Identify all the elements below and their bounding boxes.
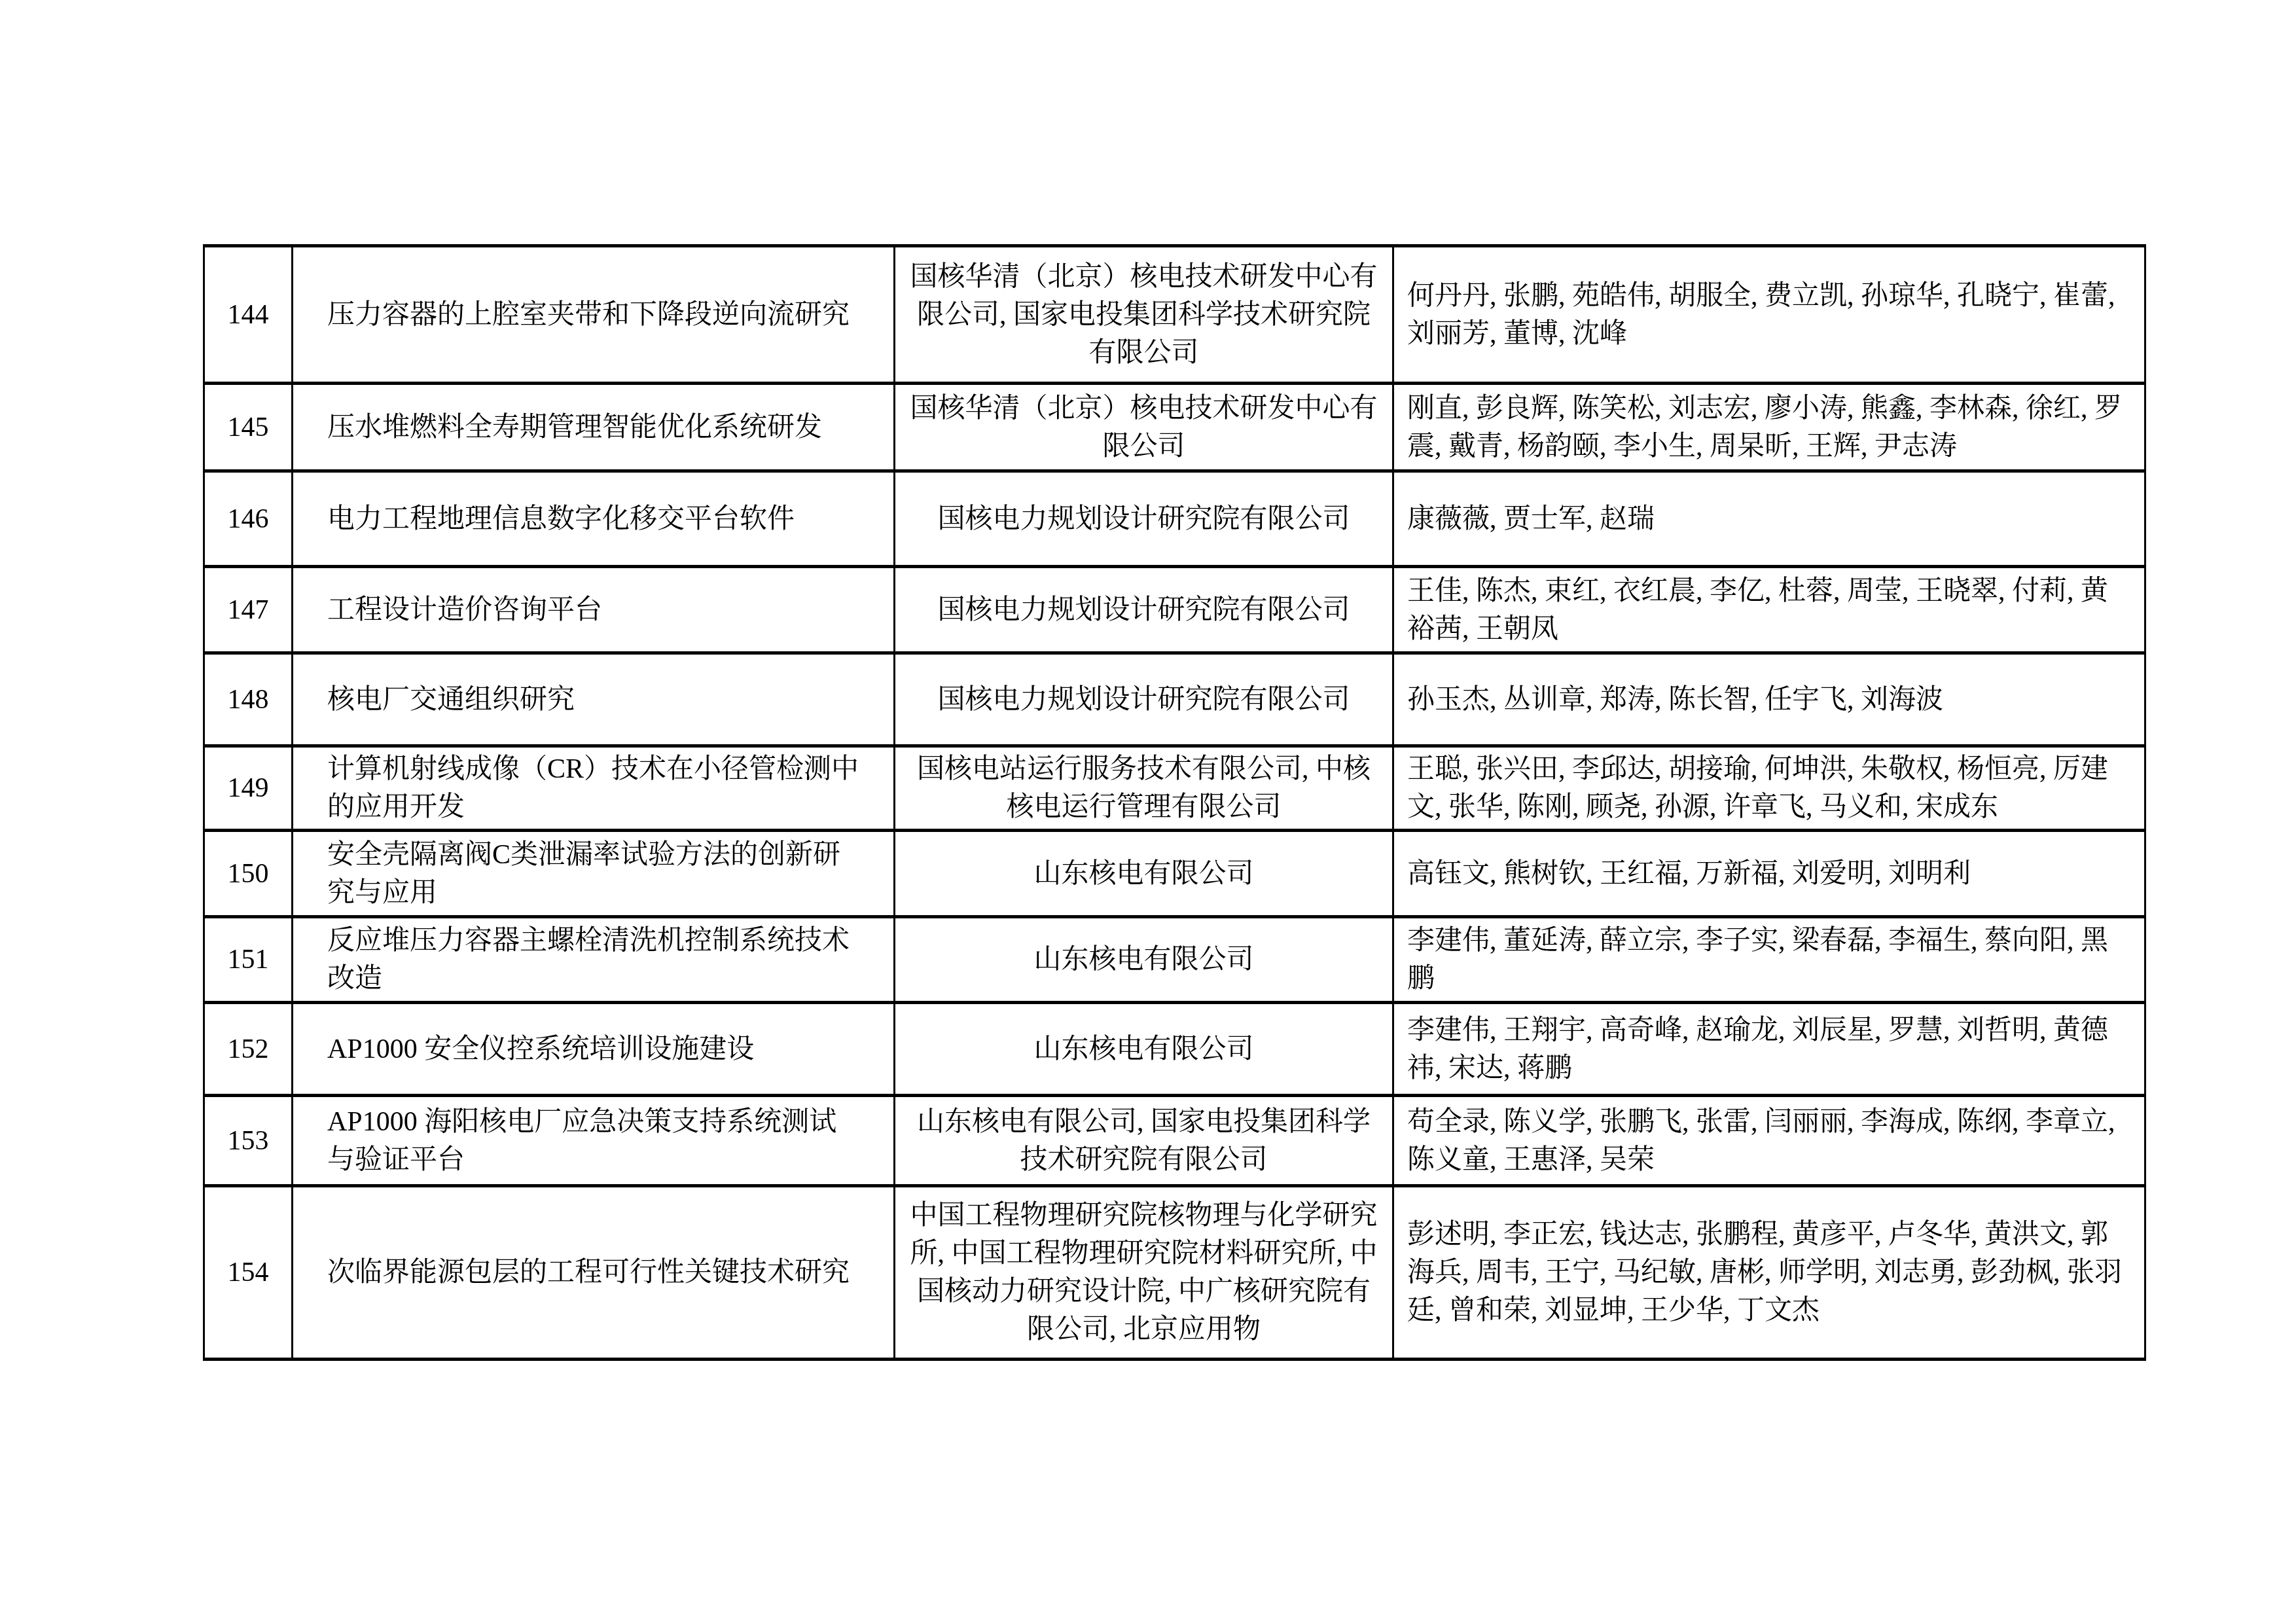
table-row: 150 安全壳隔离阀C类泄漏率试验方法的创新研究与应用 山东核电有限公司 高钰文…	[204, 831, 2145, 917]
cell-project-number: 149	[204, 746, 293, 831]
cell-project-number: 148	[204, 653, 293, 746]
cell-organization: 国核华清（北京）核电技术研发中心有限公司, 国家电投集团科学技术研究院有限公司	[895, 246, 1393, 384]
cell-project-number: 154	[204, 1186, 293, 1360]
document-page: 144 压力容器的上腔室夹带和下降段逆向流研究 国核华清（北京）核电技术研发中心…	[0, 0, 2296, 1624]
cell-authors: 王聪, 张兴田, 李邱达, 胡接瑜, 何坤洪, 朱敬权, 杨恒亮, 厉建文, 张…	[1393, 746, 2145, 831]
cell-project-title: 电力工程地理信息数字化移交平台软件	[293, 471, 895, 567]
table-row: 149 计算机射线成像（CR）技术在小径管检测中的应用开发 国核电站运行服务技术…	[204, 746, 2145, 831]
cell-authors: 彭述明, 李正宏, 钱达志, 张鹏程, 黄彦平, 卢冬华, 黄洪文, 郭海兵, …	[1393, 1186, 2145, 1360]
cell-organization: 中国工程物理研究院核物理与化学研究所, 中国工程物理研究院材料研究所, 中国核动…	[895, 1186, 1393, 1360]
cell-organization: 国核电力规划设计研究院有限公司	[895, 567, 1393, 653]
cell-organization: 国核电站运行服务技术有限公司, 中核核电运行管理有限公司	[895, 746, 1393, 831]
cell-project-number: 151	[204, 917, 293, 1003]
cell-project-title: 压水堆燃料全寿期管理智能优化系统研发	[293, 384, 895, 471]
cell-organization: 国核电力规划设计研究院有限公司	[895, 653, 1393, 746]
cell-organization: 山东核电有限公司	[895, 831, 1393, 917]
cell-project-number: 152	[204, 1003, 293, 1096]
cell-project-title: 核电厂交通组织研究	[293, 653, 895, 746]
table-row: 147 工程设计造价咨询平台 国核电力规划设计研究院有限公司 王佳, 陈杰, 束…	[204, 567, 2145, 653]
cell-authors: 孙玉杰, 丛训章, 郑涛, 陈长智, 任宇飞, 刘海波	[1393, 653, 2145, 746]
table-row: 154 次临界能源包层的工程可行性关键技术研究 中国工程物理研究院核物理与化学研…	[204, 1186, 2145, 1360]
cell-authors: 苟全录, 陈义学, 张鹏飞, 张雷, 闫丽丽, 李海成, 陈纲, 李章立, 陈义…	[1393, 1096, 2145, 1186]
cell-project-number: 145	[204, 384, 293, 471]
cell-authors: 李建伟, 王翔宇, 高奇峰, 赵瑜龙, 刘辰星, 罗慧, 刘哲明, 黄德祎, 宋…	[1393, 1003, 2145, 1096]
cell-authors: 王佳, 陈杰, 束红, 衣红晨, 李亿, 杜蓉, 周莹, 王晓翠, 付莉, 黄裕…	[1393, 567, 2145, 653]
cell-project-number: 147	[204, 567, 293, 653]
cell-project-title: 工程设计造价咨询平台	[293, 567, 895, 653]
cell-project-number: 146	[204, 471, 293, 567]
cell-project-title: 次临界能源包层的工程可行性关键技术研究	[293, 1186, 895, 1360]
table-row: 151 反应堆压力容器主螺栓清洗机控制系统技术改造 山东核电有限公司 李建伟, …	[204, 917, 2145, 1003]
cell-authors: 李建伟, 董延涛, 薛立宗, 李子实, 梁春磊, 李福生, 蔡向阳, 黑鹏	[1393, 917, 2145, 1003]
table-row: 144 压力容器的上腔室夹带和下降段逆向流研究 国核华清（北京）核电技术研发中心…	[204, 246, 2145, 384]
cell-project-title: AP1000 海阳核电厂应急决策支持系统测试与验证平台	[293, 1096, 895, 1186]
table-row: 153 AP1000 海阳核电厂应急决策支持系统测试与验证平台 山东核电有限公司…	[204, 1096, 2145, 1186]
cell-project-title: 反应堆压力容器主螺栓清洗机控制系统技术改造	[293, 917, 895, 1003]
cell-authors: 何丹丹, 张鹏, 苑皓伟, 胡服全, 费立凯, 孙琼华, 孔晓宁, 崔蕾, 刘丽…	[1393, 246, 2145, 384]
table-row: 148 核电厂交通组织研究 国核电力规划设计研究院有限公司 孙玉杰, 丛训章, …	[204, 653, 2145, 746]
cell-authors: 康薇薇, 贾士军, 赵瑞	[1393, 471, 2145, 567]
cell-organization: 国核华清（北京）核电技术研发中心有限公司	[895, 384, 1393, 471]
cell-project-number: 153	[204, 1096, 293, 1186]
cell-project-title: 安全壳隔离阀C类泄漏率试验方法的创新研究与应用	[293, 831, 895, 917]
cell-organization: 山东核电有限公司, 国家电投集团科学技术研究院有限公司	[895, 1096, 1393, 1186]
table-row: 145 压水堆燃料全寿期管理智能优化系统研发 国核华清（北京）核电技术研发中心有…	[204, 384, 2145, 471]
cell-project-title: 压力容器的上腔室夹带和下降段逆向流研究	[293, 246, 895, 384]
projects-table: 144 压力容器的上腔室夹带和下降段逆向流研究 国核华清（北京）核电技术研发中心…	[203, 244, 2146, 1361]
cell-project-title: 计算机射线成像（CR）技术在小径管检测中的应用开发	[293, 746, 895, 831]
cell-project-title: AP1000 安全仪控系统培训设施建设	[293, 1003, 895, 1096]
cell-authors: 高钰文, 熊树钦, 王红福, 万新福, 刘爱明, 刘明利	[1393, 831, 2145, 917]
cell-project-number: 144	[204, 246, 293, 384]
projects-table-body: 144 压力容器的上腔室夹带和下降段逆向流研究 国核华清（北京）核电技术研发中心…	[204, 246, 2145, 1360]
cell-organization: 国核电力规划设计研究院有限公司	[895, 471, 1393, 567]
table-row: 152 AP1000 安全仪控系统培训设施建设 山东核电有限公司 李建伟, 王翔…	[204, 1003, 2145, 1096]
table-row: 146 电力工程地理信息数字化移交平台软件 国核电力规划设计研究院有限公司 康薇…	[204, 471, 2145, 567]
cell-organization: 山东核电有限公司	[895, 1003, 1393, 1096]
cell-authors: 刚直, 彭良辉, 陈笑松, 刘志宏, 廖小涛, 熊鑫, 李林森, 徐红, 罗震,…	[1393, 384, 2145, 471]
cell-organization: 山东核电有限公司	[895, 917, 1393, 1003]
cell-project-number: 150	[204, 831, 293, 917]
